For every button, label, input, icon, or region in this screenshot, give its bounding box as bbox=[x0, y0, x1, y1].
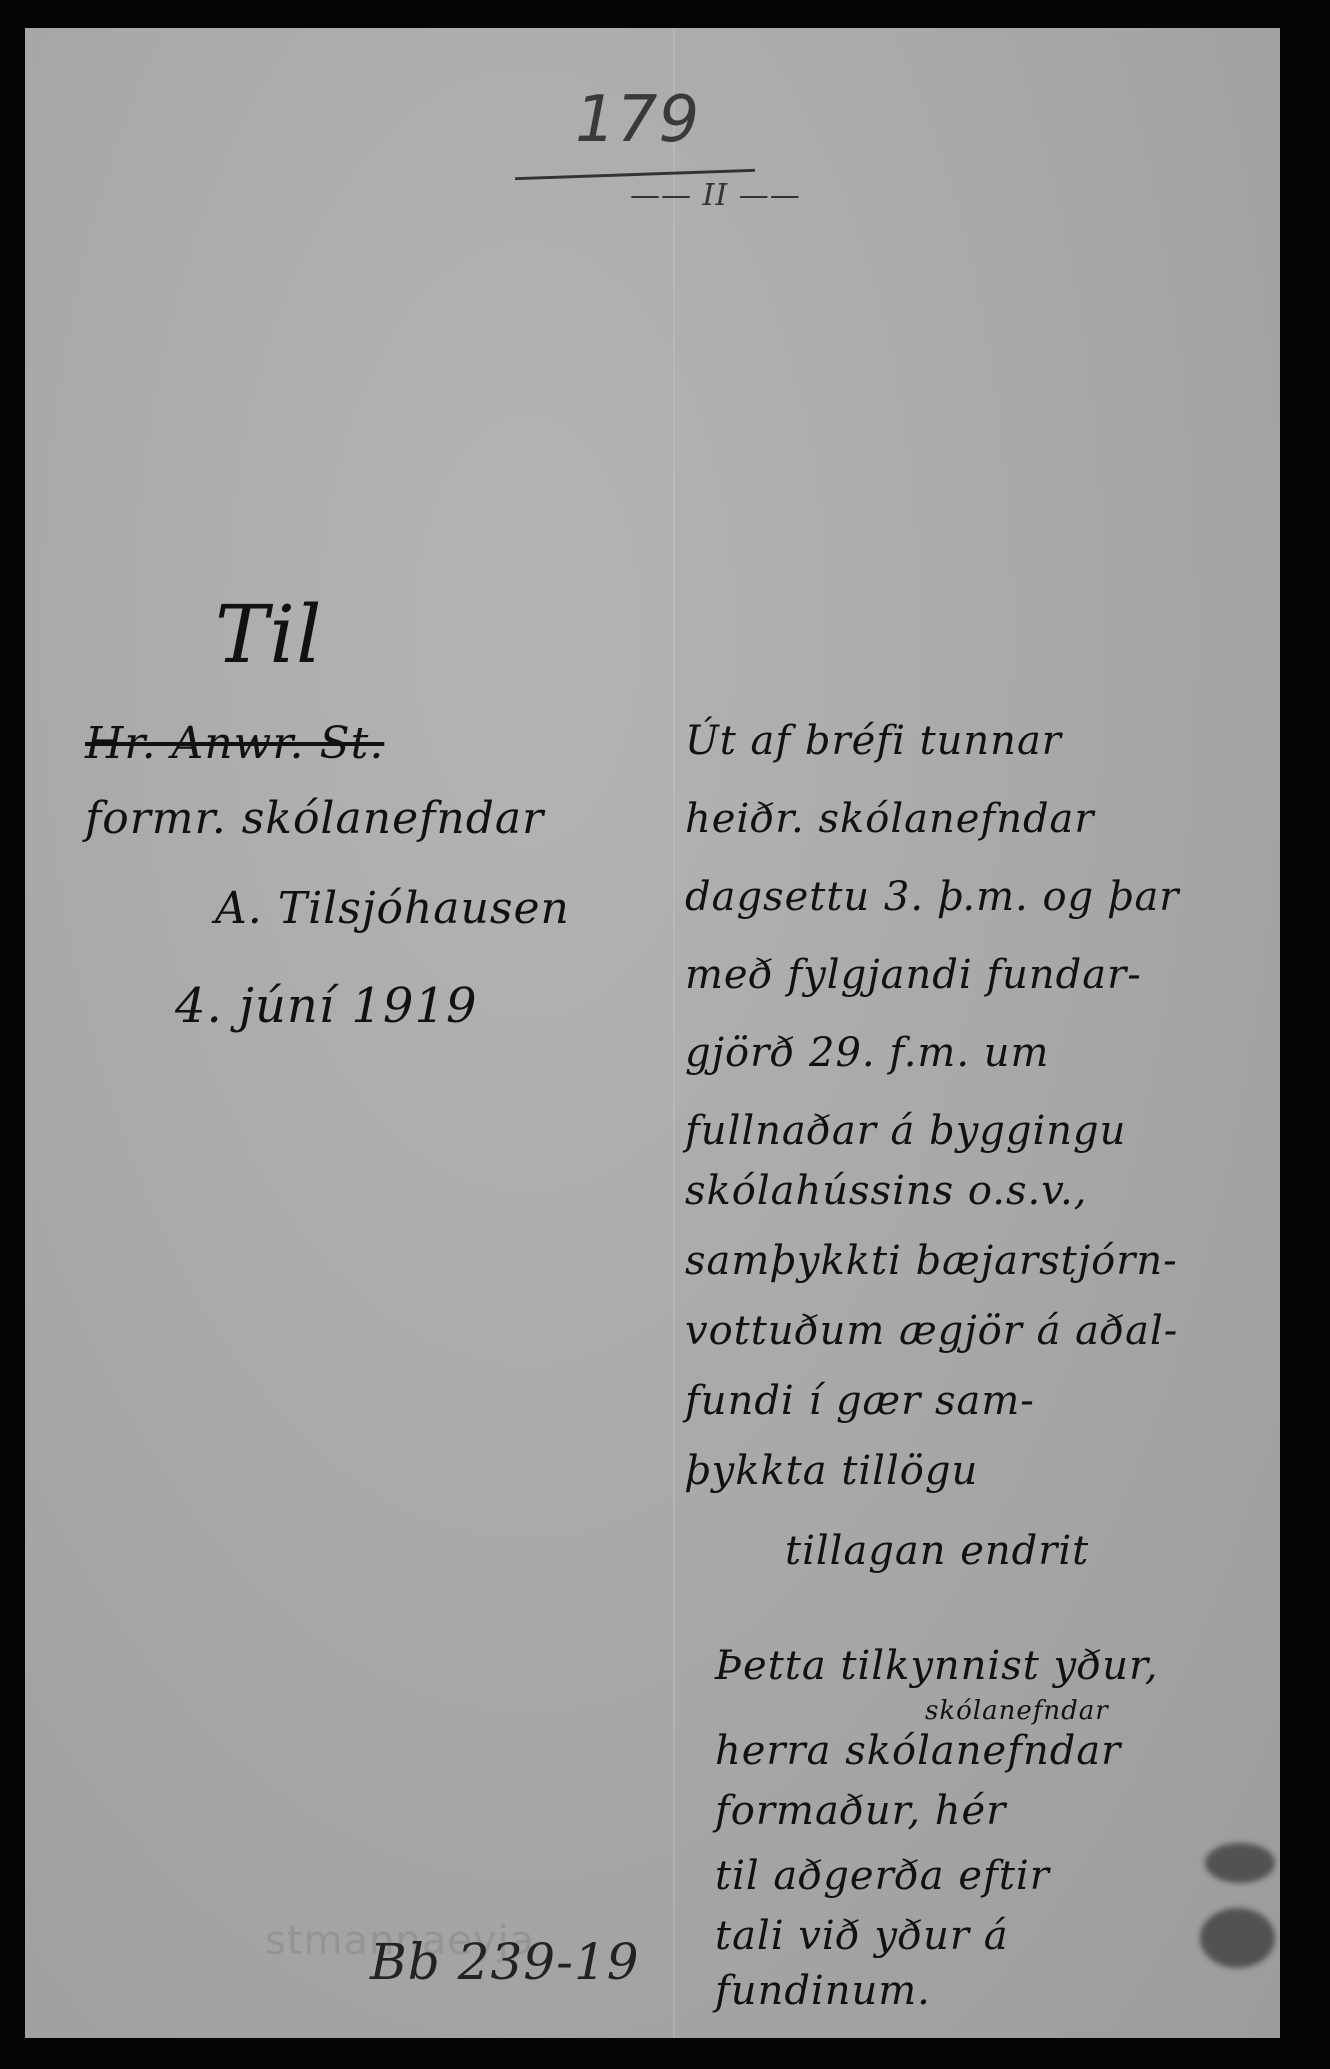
recipient-name: A. Tilsjóhausen bbox=[215, 883, 570, 934]
body-line: Út af bréfi tunnar bbox=[685, 718, 1062, 764]
body-line: þykkta tillögu bbox=[685, 1448, 978, 1494]
body-line: skólahússins o.s.v., bbox=[685, 1168, 1087, 1214]
body-line: vottuðum ægjör á aðal- bbox=[685, 1308, 1178, 1354]
closing-line: fundinum. bbox=[715, 1968, 931, 2014]
closing-line: tali við yður á bbox=[715, 1913, 1009, 1959]
struck-line: Hr. Anwr. St. bbox=[85, 718, 384, 769]
letter-date: 4. júní 1919 bbox=[175, 978, 478, 1034]
recipient-title: formr. skólanefndar bbox=[85, 793, 544, 844]
salutation: Til bbox=[215, 588, 323, 681]
ink-smudge bbox=[1200, 1908, 1275, 1968]
document-page: 179 —— II —— Til Hr. Anwr. St. formr. sk… bbox=[25, 28, 1280, 2038]
body-line: gjörð 29. f.m. um bbox=[685, 1030, 1049, 1076]
body-line: heiðr. skólanefndar bbox=[685, 796, 1095, 842]
closing-line: formaður, hér bbox=[715, 1788, 1006, 1834]
body-line: fullnaðar á byggingu bbox=[685, 1108, 1126, 1154]
ink-smudge bbox=[1205, 1843, 1275, 1883]
body-line: dagsettu 3. þ.m. og þar bbox=[685, 874, 1179, 920]
closing-line: Þetta tilkynnist yður, bbox=[715, 1643, 1158, 1689]
folio-number: 179 bbox=[575, 83, 700, 157]
insertion-above: skólanefndar bbox=[925, 1696, 1109, 1726]
closing-line: til aðgerða eftir bbox=[715, 1853, 1050, 1899]
body-line: tillagan endrit bbox=[785, 1528, 1089, 1574]
page-fold bbox=[673, 28, 675, 2038]
body-line: samþykkti bæjarstjórn- bbox=[685, 1238, 1178, 1284]
archive-number: Bb 239-19 bbox=[370, 1933, 640, 1991]
body-line: með fylgjandi fundar- bbox=[685, 952, 1142, 998]
body-line: fundi í gær sam- bbox=[685, 1378, 1035, 1424]
folio-mark: —— II —— bbox=[630, 178, 801, 213]
closing-line: herra skólanefndar bbox=[715, 1728, 1121, 1774]
